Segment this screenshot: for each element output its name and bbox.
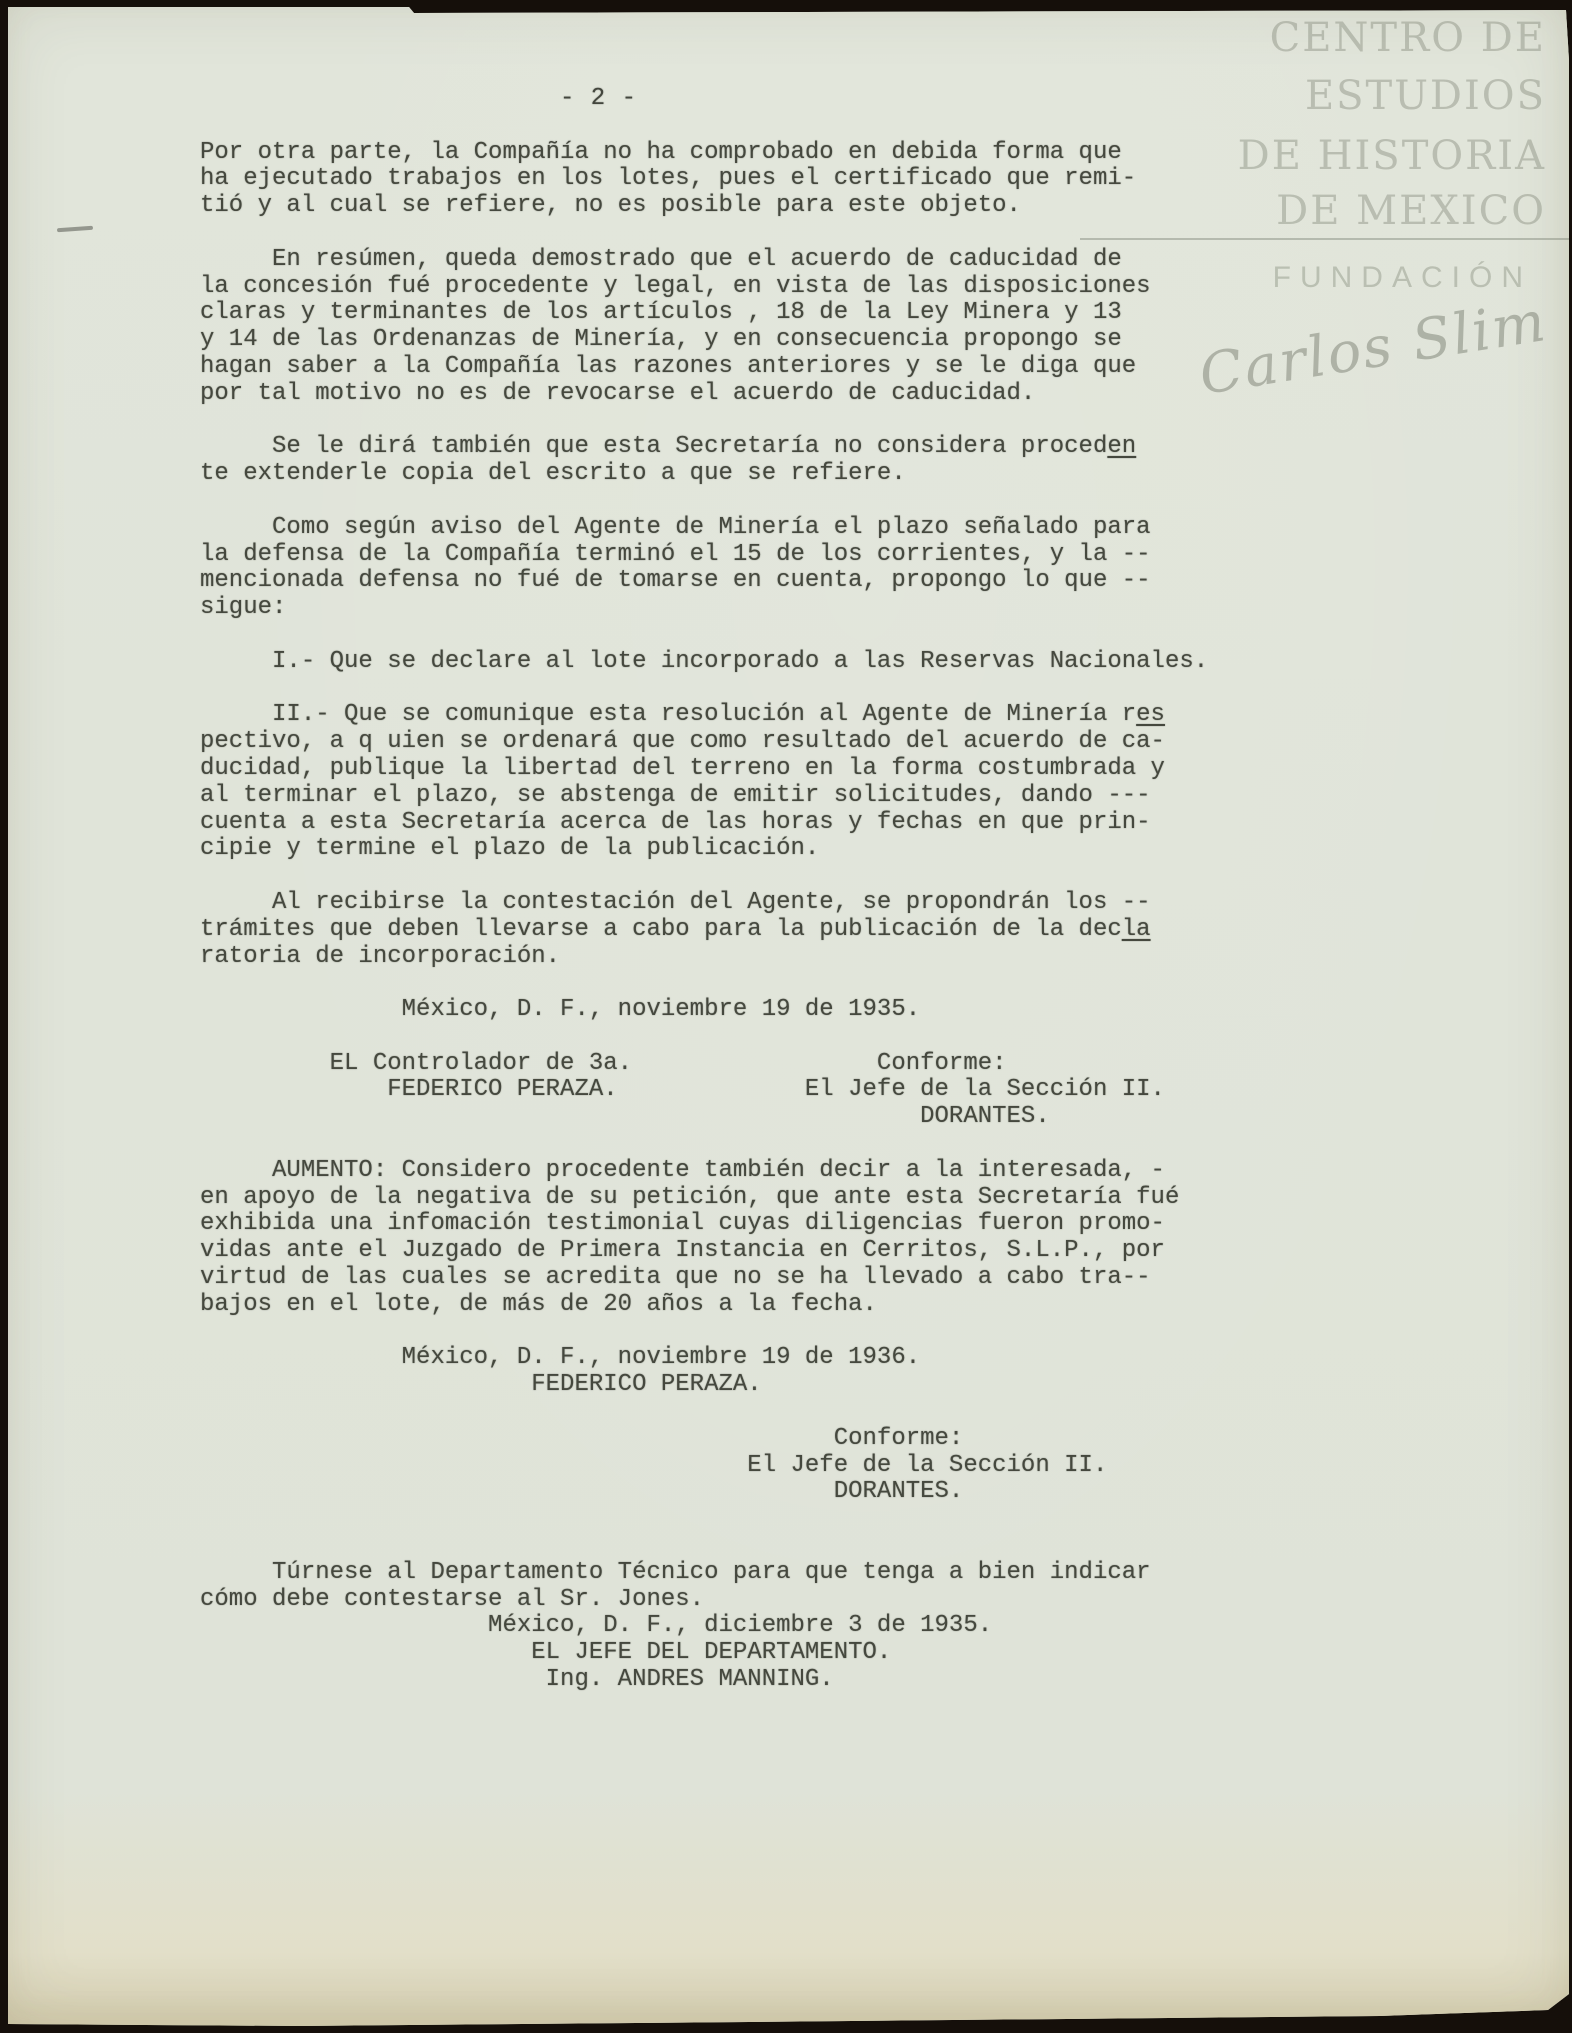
paragraph: Por otra parte, la Compañía no ha compro… <box>200 140 1210 220</box>
text-line: por tal motivo no es de revocarse el acu… <box>200 381 1210 408</box>
text-line: cómo debe contestarse al Sr. Jones. <box>200 1587 1210 1614</box>
text-line: Ing. ANDRES MANNING. <box>200 1667 1210 1694</box>
text-line: al terminar el plazo, se abstenga de emi… <box>200 783 1210 810</box>
text-line: En resúmen, queda demostrado que el acue… <box>200 247 1210 274</box>
text-line: AUMENTO: Considero procedente también de… <box>200 1158 1210 1185</box>
page-number: - 2 - <box>560 86 637 113</box>
text-line: México, D. F., diciembre 3 de 1935. <box>200 1613 1210 1640</box>
text-line: hagan saber a la Compañía las razones an… <box>200 354 1210 381</box>
text-line: trámites que deben llevarse a cabo para … <box>200 917 1210 944</box>
text-line: exhibida una infomación testimonial cuya… <box>200 1211 1210 1238</box>
paragraph: EL Controlador de 3a. Conforme: FEDERICO… <box>200 1051 1210 1131</box>
text-line: I.- Que se declare al lote incorporado a… <box>200 649 1210 676</box>
text-line: DORANTES. <box>200 1104 1210 1131</box>
text-line: ratoria de incorporación. <box>200 944 1210 971</box>
text-line: Conforme: <box>200 1426 1210 1453</box>
text-line: la concesión fué procedente y legal, en … <box>200 274 1210 301</box>
text-line: tió y al cual se refiere, no es posible … <box>200 193 1210 220</box>
text-line: virtud de las cuales se acredita que no … <box>200 1265 1210 1292</box>
text-line: cuenta a esta Secretaría acerca de las h… <box>200 810 1210 837</box>
paragraph: México, D. F., noviembre 19 de 1935. <box>200 997 1210 1024</box>
paragraph: I.- Que se declare al lote incorporado a… <box>200 649 1210 676</box>
text-line: cipie y termine el plazo de la publicaci… <box>200 836 1210 863</box>
text-line: claras y terminantes de los artículos , … <box>200 300 1210 327</box>
paragraph: Se le dirá también que esta Secretaría n… <box>200 434 1210 488</box>
text-line: y 14 de las Ordenanzas de Minería, y en … <box>200 327 1210 354</box>
text-line: la defensa de la Compañía terminó el 15 … <box>200 542 1210 569</box>
paragraph: Al recibirse la contestación del Agente,… <box>200 890 1210 970</box>
text-line: El Jefe de la Sección II. <box>200 1453 1210 1480</box>
text-line: pectivo, a q uien se ordenará que como r… <box>200 729 1210 756</box>
watermark-signature: Carlos Slim <box>1195 289 1551 408</box>
text-line: Al recibirse la contestación del Agente,… <box>200 890 1210 917</box>
text-line: Por otra parte, la Compañía no ha compro… <box>200 140 1210 167</box>
paragraph: Túrnese al Departamento Técnico para que… <box>200 1560 1210 1694</box>
text-line: FEDERICO PERAZA. <box>200 1372 1210 1399</box>
text-line: en apoyo de la negativa de su petición, … <box>200 1185 1210 1212</box>
text-line: mencionada defensa no fué de tomarse en … <box>200 568 1210 595</box>
paragraph: México, D. F., noviembre 19 de 1936. FED… <box>200 1345 1210 1399</box>
text-line: DORANTES. <box>200 1479 1210 1506</box>
watermark-line: DE HISTORIA <box>1238 136 1546 176</box>
text-line: vidas ante el Juzgado de Primera Instanc… <box>200 1238 1210 1265</box>
paragraph: Como según aviso del Agente de Minería e… <box>200 515 1210 622</box>
text-line: México, D. F., noviembre 19 de 1936. <box>200 1345 1210 1372</box>
text-line: EL Controlador de 3a. Conforme: <box>200 1051 1210 1078</box>
text-line: México, D. F., noviembre 19 de 1935. <box>200 997 1210 1024</box>
text-line: sigue: <box>200 595 1210 622</box>
text-line: bajos en el lote, de más de 20 años a la… <box>200 1292 1210 1319</box>
text-line: ducidad, publique la libertad del terren… <box>200 756 1210 783</box>
watermark-foundation: FUNDACIÓN <box>1273 263 1532 293</box>
text-line: EL JEFE DEL DEPARTAMENTO. <box>200 1640 1210 1667</box>
text-line: Túrnese al Departamento Técnico para que… <box>200 1560 1210 1587</box>
watermark-line: CENTRO DE <box>1270 18 1546 58</box>
text-line: te extenderle copia del escrito a que se… <box>200 461 1210 488</box>
paragraph: AUMENTO: Considero procedente también de… <box>200 1158 1210 1319</box>
paragraph: II.- Que se comunique esta resolución al… <box>200 702 1210 863</box>
watermark-line: DE MEXICO <box>1276 191 1546 231</box>
text-line: Como según aviso del Agente de Minería e… <box>200 515 1210 542</box>
text-line: FEDERICO PERAZA. El Jefe de la Sección I… <box>200 1077 1210 1104</box>
watermark-line: ESTUDIOS <box>1305 76 1546 116</box>
paragraph: Conforme: El Jefe de la Sección II. DORA… <box>200 1426 1210 1506</box>
document-text: Por otra parte, la Compañía no ha compro… <box>200 140 1210 1694</box>
paragraph: En resúmen, queda demostrado que el acue… <box>200 247 1210 408</box>
text-line: II.- Que se comunique esta resolución al… <box>200 702 1210 729</box>
text-line: ha ejecutado trabajos en los lotes, pues… <box>200 166 1210 193</box>
paper-sheet: CENTRO DE ESTUDIOS DE HISTORIA DE MEXICO… <box>0 0 1572 2033</box>
text-line: Se le dirá también que esta Secretaría n… <box>200 434 1210 461</box>
pencil-mark <box>57 226 93 233</box>
